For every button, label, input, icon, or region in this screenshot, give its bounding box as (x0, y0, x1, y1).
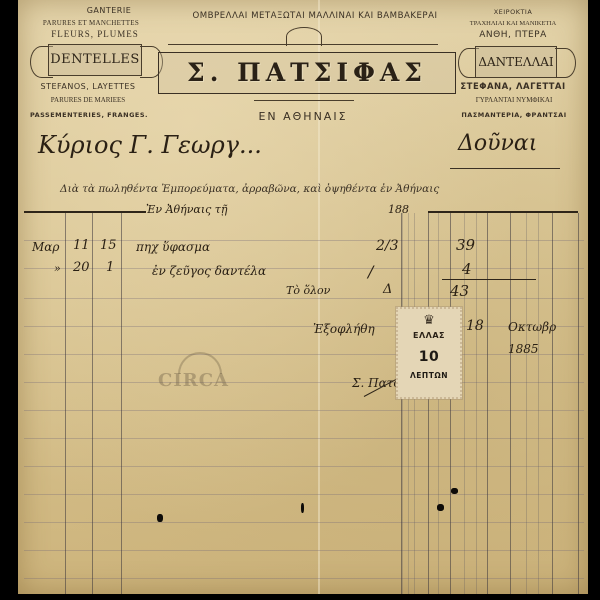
row-amount: 39 (456, 236, 475, 254)
col-line-cents (487, 213, 488, 594)
paper-hole (437, 504, 444, 511)
dosnai-rule (450, 168, 560, 169)
watermark-text: CIRCA (158, 370, 229, 391)
col-line-extra-2 (552, 213, 553, 594)
row-qty: 1 (106, 260, 114, 275)
stamp-unit: ΛΕΠΤΩΝ (398, 371, 460, 380)
row-day: 20 (73, 260, 90, 275)
received-date: 18 (466, 318, 484, 334)
row-price: / (368, 262, 373, 281)
header-location: ΕΝ ΑΘΗΝΑΙΣ (198, 110, 408, 123)
crown-icon: ♛ (398, 313, 460, 328)
date-line: Ἐν Ἀθήναις τῇ (146, 203, 228, 216)
dosnai-label: Δοῦναι (458, 131, 537, 156)
row-price: 2/3 (376, 238, 399, 254)
paper-hole (451, 488, 458, 494)
total-amount: 43 (450, 282, 469, 300)
paper-hole (301, 503, 304, 513)
right-xeiroktia: ΧΕΙΡΟΚΤΙΑ (448, 8, 578, 16)
right-badge-ornament-right (555, 48, 576, 78)
row-qty: 15 (100, 238, 117, 253)
invoice-paper: GANTERIE PARURES ET MANCHETTES FLEURS, P… (18, 0, 588, 594)
left-ganterie: GANTERIE (54, 6, 164, 15)
header-rule-bottom (254, 100, 354, 101)
col-line-right-edge (578, 213, 579, 594)
received-note: Ἐξοφλήθη (313, 322, 375, 336)
signature-year: 1885 (508, 342, 539, 356)
right-traxilia: ΤΡΑΧΗΛΙΑΙ ΚΑΙ ΜΑΝΙΚΕΤΙΑ (438, 20, 588, 27)
right-pasmanteria: ΠΑΣΜΑΝΤΕΡΙΑ, ΦΡΑΝΤΣΑΙ (454, 111, 574, 119)
col-line-extra (510, 213, 511, 594)
ledger-top-rule-left (24, 211, 146, 213)
right-gyrlantai: ΓΥΡΛΑΝΤΑΙ ΝΥΜΦΙΚΑΙ (452, 96, 576, 104)
row-amount: 4 (462, 260, 472, 278)
right-stefana: ΣΤΕΦΑΝΑ, ΛΑΓΕΤΤΑΙ (448, 82, 578, 92)
left-passementeries: PASSEMENTERIES, FRANGES. (26, 111, 152, 119)
col-line-day (92, 213, 93, 594)
total-label: Τὸ ὅλον (286, 284, 330, 297)
subtotal-rule (442, 279, 536, 280)
row-month: » (54, 262, 61, 275)
invoice-subtitle: Διὰ τὰ πωληθέντα Ἐμπορεύματα, ἀρραβῶνα, … (60, 183, 439, 195)
col-line-amount-start (428, 213, 429, 594)
left-parures-mariees: PARURES DE MARIEES (32, 96, 144, 104)
stamp-country: ΕΛΛΑΣ (398, 331, 460, 340)
left-badge-dentelles: DENTELLES (48, 44, 142, 76)
merchant-name-frame: Σ. ΠΑΤΣΙΦΑΣ (158, 52, 456, 94)
signature-month: Οκτωβρ (508, 320, 556, 334)
paper-hole (157, 514, 163, 522)
row-description: πηχ ὕφασμα (136, 240, 210, 254)
col-line-amount (450, 213, 451, 594)
year-prefix: 188 (388, 203, 409, 216)
row-day: 11 (73, 238, 90, 253)
header-tagline: ΟΜΒΡΕΛΛΑΙ ΜΕΤΑΞΩΤΑΙ ΜΑΛΛΙΝΑΙ ΚΑΙ ΒΑΜΒΑΚΕ… (150, 11, 480, 21)
stamp-value: 10 (398, 349, 460, 365)
row-month: Μαρ (32, 240, 59, 254)
left-parures-manchettes: PARURES ET MANCHETTES (26, 19, 156, 27)
revenue-stamp: ♛ ΕΛΛΑΣ 10 ΛΕΠΤΩΝ (396, 307, 462, 399)
merchant-name: Σ. ΠΑΤΣΙΦΑΣ (159, 53, 455, 93)
total-price-mark: Δ (383, 282, 392, 297)
right-anthi-ptera: ΑΝΘΗ, ΠΤΕΡΑ (458, 30, 568, 40)
col-line-qty (121, 213, 122, 594)
col-line-month (65, 213, 66, 594)
addressee: Κύριος Γ. Γεωργ... (38, 131, 262, 159)
col-line-price (401, 213, 402, 594)
row-description: ἐν ζεῦγος δαντέλα (152, 264, 266, 278)
left-fleurs-plumes: FLEURS, PLUMES (40, 29, 150, 39)
left-stefanos-layettes: STEFANOS, LAYETTES (28, 82, 148, 91)
right-badge-dantellai: ΔΑΝΤΕΛΛΑΙ (475, 46, 557, 78)
header-rule-top (168, 44, 438, 45)
